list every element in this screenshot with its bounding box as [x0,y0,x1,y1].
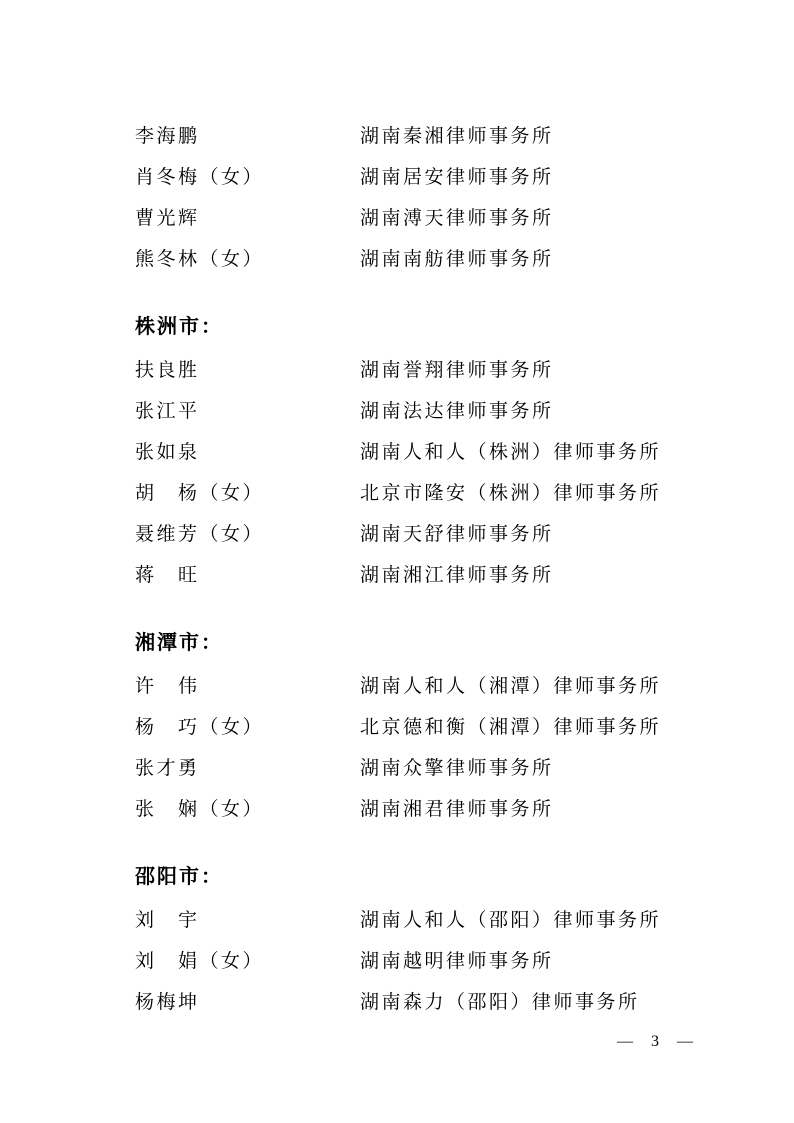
law-firm-name: 湖南森力（邵阳）律师事务所 [360,987,715,1014]
lawyer-row: 扶良胜 湖南誉翔律师事务所 [135,348,715,389]
lawyer-row: 聂维芳（女） 湖南天舒律师事务所 [135,512,715,553]
city-section-rows: 李海鹏 湖南秦湘律师事务所 肖冬梅（女） 湖南居安律师事务所 曹光辉 湖南溥天律… [135,114,715,278]
law-firm-name: 湖南湘江律师事务所 [360,560,715,587]
lawyer-row: 张才勇 湖南众擎律师事务所 [135,746,715,787]
law-firm-name: 北京市隆安（株洲）律师事务所 [360,478,715,505]
lawyer-name: 蒋 旺 [135,560,360,587]
city-header: 邵阳市： [135,857,715,898]
city-section: 邵阳市： 刘 宇 湖南人和人（邵阳）律师事务所 刘 娟（女） 湖南越明律师事务所… [135,857,715,1021]
page-number: — 3 — [617,1033,694,1051]
lawyer-name: 杨 巧（女） [135,712,360,739]
lawyer-name: 扶良胜 [135,355,360,382]
lawyer-name: 曹光辉 [135,203,360,230]
lawyer-row: 李海鹏 湖南秦湘律师事务所 [135,114,715,155]
law-firm-name: 湖南法达律师事务所 [360,396,715,423]
lawyer-row: 胡 杨（女） 北京市隆安（株洲）律师事务所 [135,471,715,512]
lawyer-row: 张如泉 湖南人和人（株洲）律师事务所 [135,430,715,471]
city-section-rows: 扶良胜 湖南誉翔律师事务所 张江平 湖南法达律师事务所 张如泉 湖南人和人（株洲… [135,348,715,594]
lawyer-row: 刘 娟（女） 湖南越明律师事务所 [135,939,715,980]
law-firm-name: 湖南越明律师事务所 [360,946,715,973]
city-header: 湘潭市： [135,623,715,664]
law-firm-name: 湖南人和人（邵阳）律师事务所 [360,905,715,932]
lawyer-row: 曹光辉 湖南溥天律师事务所 [135,196,715,237]
lawyer-name: 许 伟 [135,671,360,698]
law-firm-name: 湖南溥天律师事务所 [360,203,715,230]
city-header: 株洲市： [135,307,715,348]
lawyer-name: 肖冬梅（女） [135,162,360,189]
lawyer-name: 张才勇 [135,753,360,780]
law-firm-name: 湖南南舫律师事务所 [360,244,715,271]
lawyer-name: 张江平 [135,396,360,423]
lawyer-name: 熊冬林（女） [135,244,360,271]
lawyer-name: 张如泉 [135,437,360,464]
lawyer-row: 熊冬林（女） 湖南南舫律师事务所 [135,237,715,278]
lawyer-roster: 李海鹏 湖南秦湘律师事务所 肖冬梅（女） 湖南居安律师事务所 曹光辉 湖南溥天律… [135,114,715,1021]
city-section: 株洲市： 扶良胜 湖南誉翔律师事务所 张江平 湖南法达律师事务所 张如泉 湖南人… [135,307,715,594]
law-firm-name: 湖南居安律师事务所 [360,162,715,189]
law-firm-name: 北京德和衡（湘潭）律师事务所 [360,712,715,739]
city-section-rows: 刘 宇 湖南人和人（邵阳）律师事务所 刘 娟（女） 湖南越明律师事务所 杨梅坤 … [135,898,715,1021]
lawyer-row: 刘 宇 湖南人和人（邵阳）律师事务所 [135,898,715,939]
document-page: 李海鹏 湖南秦湘律师事务所 肖冬梅（女） 湖南居安律师事务所 曹光辉 湖南溥天律… [0,0,794,1123]
lawyer-row: 张江平 湖南法达律师事务所 [135,389,715,430]
lawyer-row: 肖冬梅（女） 湖南居安律师事务所 [135,155,715,196]
law-firm-name: 湖南人和人（湘潭）律师事务所 [360,671,715,698]
lawyer-name: 李海鹏 [135,121,360,148]
lawyer-row: 张 娴（女） 湖南湘君律师事务所 [135,787,715,828]
lawyer-name: 胡 杨（女） [135,478,360,505]
lawyer-name: 杨梅坤 [135,987,360,1014]
law-firm-name: 湖南众擎律师事务所 [360,753,715,780]
lawyer-name: 刘 宇 [135,905,360,932]
lawyer-name: 聂维芳（女） [135,519,360,546]
city-section: 湘潭市： 许 伟 湖南人和人（湘潭）律师事务所 杨 巧（女） 北京德和衡（湘潭）… [135,623,715,828]
law-firm-name: 湖南秦湘律师事务所 [360,121,715,148]
law-firm-name: 湖南湘君律师事务所 [360,794,715,821]
law-firm-name: 湖南誉翔律师事务所 [360,355,715,382]
city-section: 李海鹏 湖南秦湘律师事务所 肖冬梅（女） 湖南居安律师事务所 曹光辉 湖南溥天律… [135,114,715,278]
law-firm-name: 湖南人和人（株洲）律师事务所 [360,437,715,464]
lawyer-row: 杨 巧（女） 北京德和衡（湘潭）律师事务所 [135,705,715,746]
lawyer-row: 蒋 旺 湖南湘江律师事务所 [135,553,715,594]
lawyer-row: 杨梅坤 湖南森力（邵阳）律师事务所 [135,980,715,1021]
lawyer-row: 许 伟 湖南人和人（湘潭）律师事务所 [135,664,715,705]
lawyer-name: 张 娴（女） [135,794,360,821]
city-section-rows: 许 伟 湖南人和人（湘潭）律师事务所 杨 巧（女） 北京德和衡（湘潭）律师事务所… [135,664,715,828]
law-firm-name: 湖南天舒律师事务所 [360,519,715,546]
lawyer-name: 刘 娟（女） [135,946,360,973]
